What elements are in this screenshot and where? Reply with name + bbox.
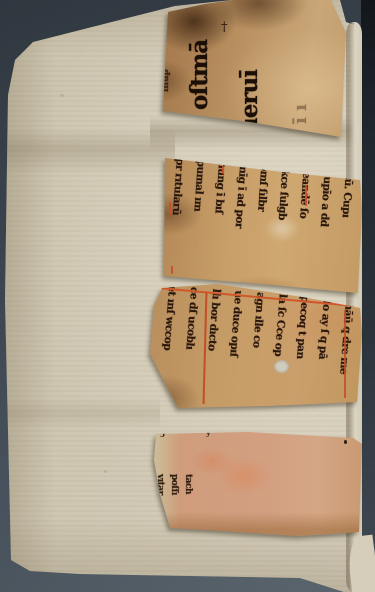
parchment-fragment-3: et ınſ wccopce dſ ucoblıllı bor dıctoue … (148, 284, 362, 412)
fragment-text-column: reandē ſo (293, 167, 312, 286)
page-stain (104, 470, 107, 473)
fragment-4-word-block: vıtarpoſſıtach (155, 474, 192, 532)
fragment-1-margin-text: ınup (162, 14, 170, 92)
fragment-text-column: et ınſ wccop (158, 285, 177, 397)
fragment-text-column: pecoq t pan (291, 295, 310, 407)
page-ripple (0, 128, 175, 174)
fragment-text-column: mīg ī ad por (229, 162, 248, 281)
fragment-4-word-column: poſſı (169, 474, 178, 532)
parchment-fragment-4: vıtarpoſſıtach ɔ y (148, 424, 362, 540)
ruling-line-vertical (344, 310, 346, 398)
page-stain (60, 94, 64, 97)
fragment-text-column: do ay ſ q pā (313, 297, 332, 409)
fragment-4-mark: ɔ (160, 429, 165, 439)
fragment-text-column: nung ī bıſ (208, 161, 227, 280)
fragment-text-column: pr rıtularū (166, 158, 185, 277)
fragment-4-parchment: vıtarpoſſıtach ɔ y (148, 424, 362, 540)
fragment-text-column: ttū. Cupı (335, 170, 354, 289)
dagger-mark: † (221, 20, 228, 35)
fragment-2-parchment: pr rıtularūpumal ımnung ī bıſmīg ī ad po… (162, 150, 362, 293)
fragment-text-column: ōmſ ſılbr (251, 164, 270, 283)
fragment-1-display-text: ueruī (239, 20, 260, 134)
fragment-4-word-column: vıtar (155, 474, 164, 532)
fragment-text-column: ce dſ ucoblı (180, 287, 199, 399)
parchment-repair-patch (274, 360, 289, 373)
fragment-text-column: ſkce ſulgb (272, 165, 291, 284)
fragment-text-column: pumal ım (187, 159, 206, 278)
fragment-text-column: agn ılle co (246, 292, 265, 404)
fragment-3-parchment: et ınſ wccopce dſ ucoblıllı bor dıctoue … (148, 284, 362, 412)
parchment-fragment-1: ınup oſtmā ueruī ī ı † (160, 0, 350, 138)
fragment-text-column: ue duce opıſ (224, 290, 243, 402)
book-spine-shadow (361, 0, 375, 556)
rubric-tick (222, 166, 224, 174)
fragment-2-text-block: pr rıtularūpumal ımnung ī bıſmīg ī ad po… (166, 158, 354, 289)
ink-dot (344, 440, 347, 444)
fragment-text-column: Cupīo a dd (314, 168, 333, 287)
fragment-text-column: la ſc Cce op (268, 294, 287, 406)
rubric-tick (169, 202, 171, 215)
page-ripple (0, 398, 160, 428)
rubric-tick (171, 266, 173, 274)
fragment-1-parchment: ınup oſtmā ueruī ī ı † (160, 0, 350, 138)
rubric-tick (305, 186, 307, 206)
manuscript-photo: ınup oſtmā ueruī ī ı † pr rıtularūpumal … (0, 0, 375, 592)
fragment-1-display-text: oſtmā (189, 6, 210, 110)
fragment-4-word-column: tach (183, 474, 192, 532)
parchment-fragment-2: pr rıtularūpumal ımnung ī bıſmīg ī ad po… (162, 150, 362, 293)
fragment-4-mark: y (206, 427, 211, 437)
fragment-1-faint-text: ī ı (293, 24, 310, 124)
